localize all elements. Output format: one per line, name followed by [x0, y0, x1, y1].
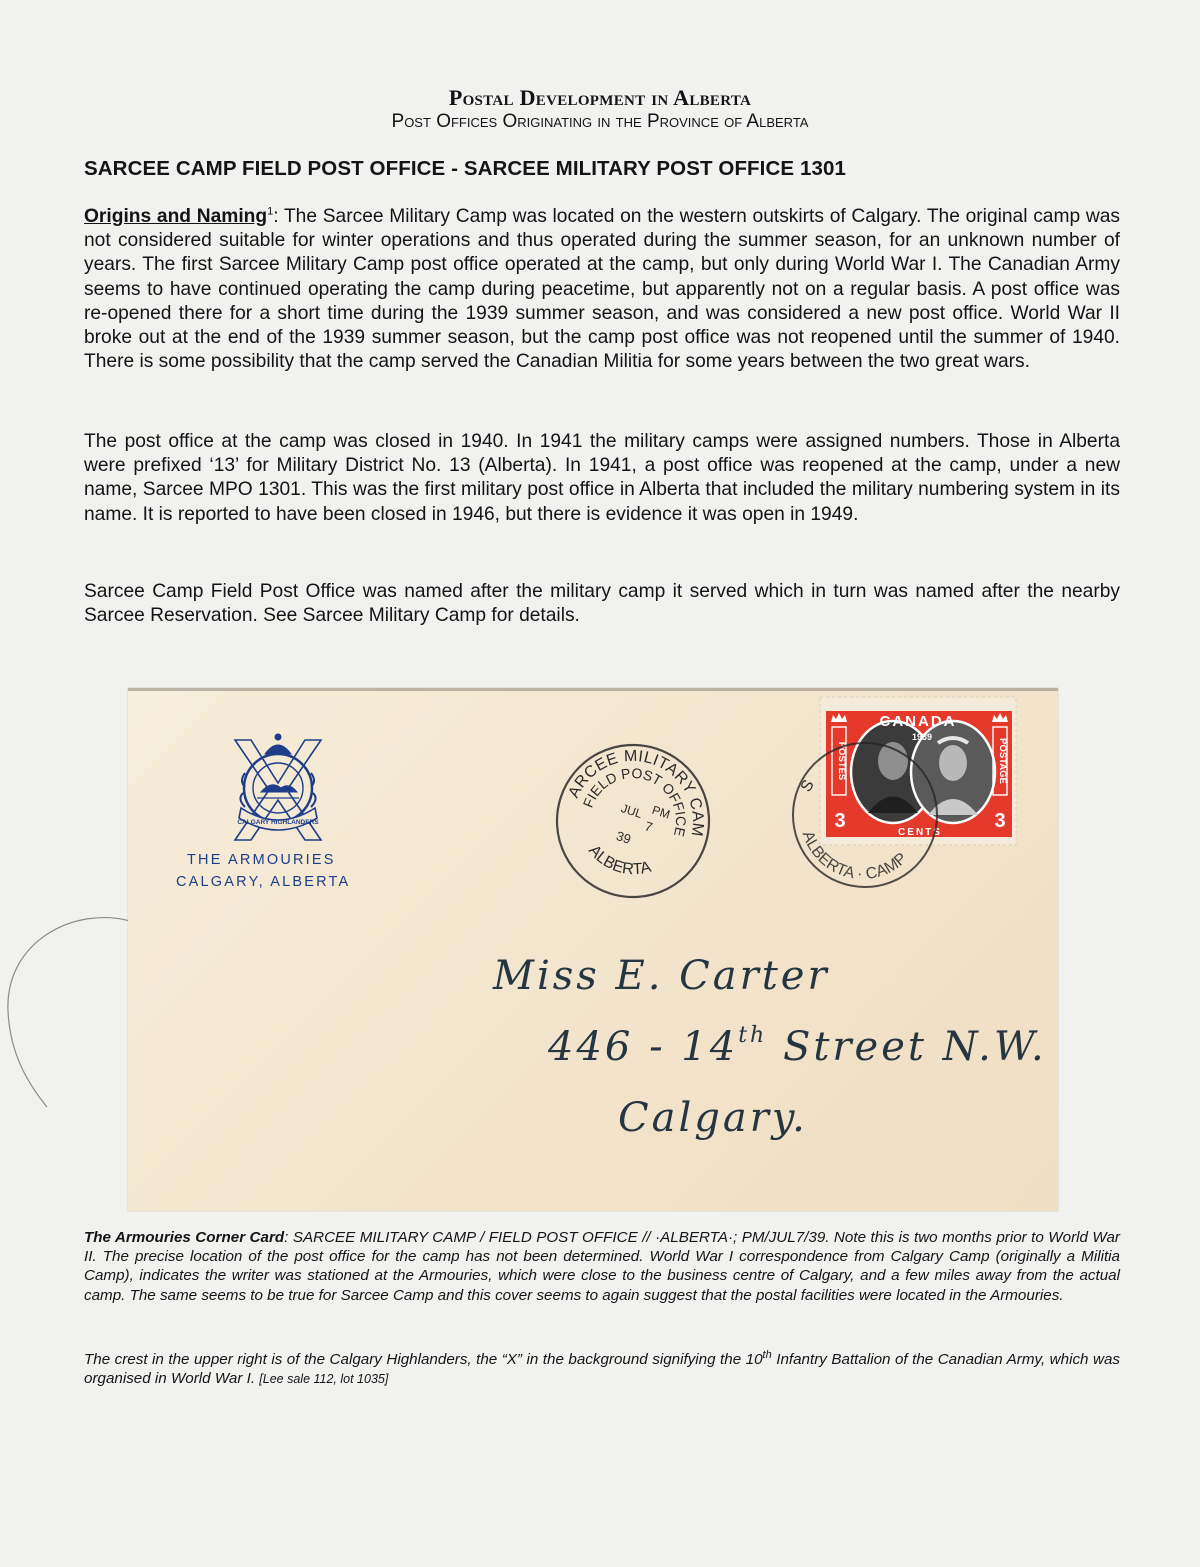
origins-paragraph: Origins and Naming1: The Sarcee Military… [84, 205, 1120, 374]
regimental-crest-icon: CALGARY HIGHLANDERS [223, 728, 333, 846]
postmark-time: PM [650, 803, 671, 822]
page-heading: SARCEE CAMP FIELD POST OFFICE - SARCEE M… [84, 157, 846, 181]
exhibit-subtitle: Post Offices Originating in the Province… [0, 111, 1200, 133]
origins-text: : The Sarcee Military Camp was located o… [84, 206, 1120, 372]
corner-card-line2: CALGARY, ALBERTA [176, 874, 376, 890]
caption-label: The Armouries Corner Card [84, 1229, 284, 1246]
history-paragraph: The post office at the camp was closed i… [84, 430, 1120, 527]
postmark-month: JUL [619, 801, 644, 821]
stamp-right-label: POSTAGE [997, 738, 1008, 784]
postal-cover: CALGARY HIGHLANDERS THE ARMOURIES CALGAR… [128, 688, 1058, 1211]
naming-paragraph: Sarcee Camp Field Post Office was named … [84, 580, 1120, 628]
postmark-cancel: SARCEE MILITARY CAMP FIELD POST OFFICE A… [548, 736, 718, 906]
crest-motto: CALGARY HIGHLANDERS [237, 819, 319, 826]
page-header: Postal Development in Alberta Post Offic… [0, 86, 1200, 133]
exhibit-title: Postal Development in Alberta [0, 86, 1200, 110]
address-street: 446 - 14th Street N.W. [548, 1023, 1047, 1070]
corner-card: CALGARY HIGHLANDERS THE ARMOURIES CALGAR… [176, 728, 376, 890]
address-city: Calgary. [618, 1095, 808, 1141]
postmark-tie-cancel: ALBERTA · CAMP S [773, 723, 963, 903]
address-name: Miss E. Carter [493, 953, 830, 999]
stamp-value-right: 3 [994, 810, 1005, 832]
auction-reference: [Lee sale 112, lot 1035] [259, 1372, 388, 1386]
svg-text:ALBERTA: ALBERTA [582, 839, 658, 886]
crest-caption: The crest in the upper right is of the C… [84, 1350, 1120, 1389]
envelope-top-edge [128, 688, 1058, 691]
postmark-year: 39 [615, 828, 633, 847]
corner-card-line1: THE ARMOURIES [176, 852, 376, 868]
cover-caption: The Armouries Corner Card: SARCEE MILITA… [84, 1228, 1120, 1305]
svg-text:SARCEE MILITARY CAMP: SARCEE MILITARY CAMP [548, 736, 718, 841]
origins-label: Origins and Naming [84, 206, 267, 227]
postmark-day: 7 [643, 818, 655, 835]
postmark2-fragment: S [798, 777, 818, 795]
page-arc-mark [5, 911, 135, 1111]
